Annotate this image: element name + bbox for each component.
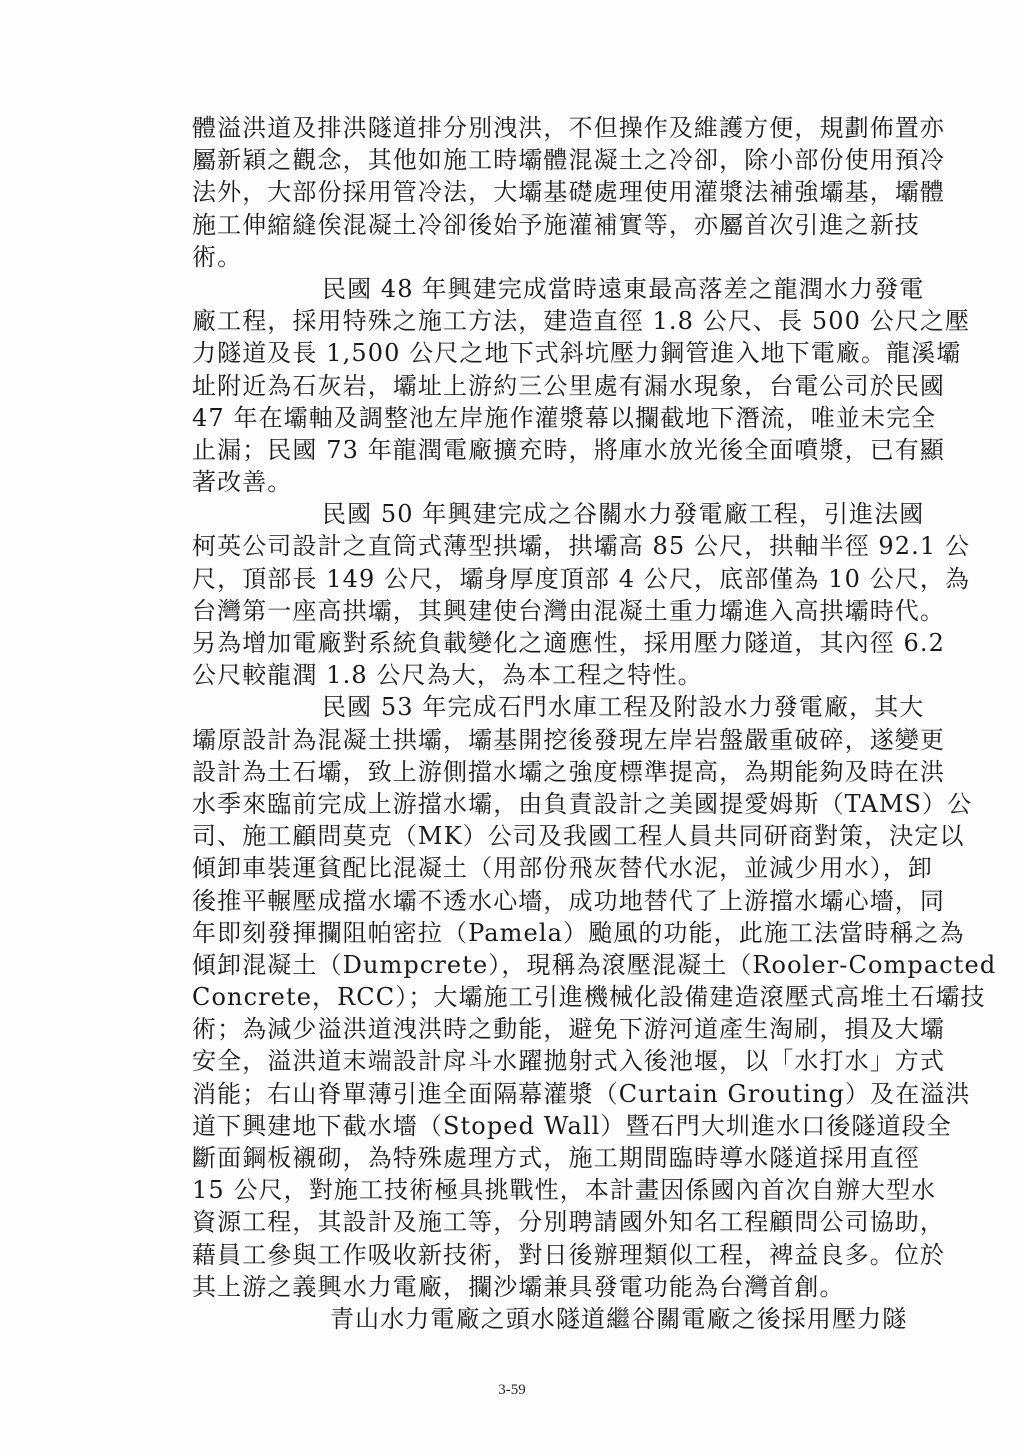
document-page: 體溢洪道及排洪隧道排分別洩洪，不但操作及維護方便，規劃佈置亦屬新穎之觀念，其他如… (0, 0, 1024, 1450)
text-line: 術。 (192, 241, 914, 273)
text-line: 民國 48 年興建完成當時遠東最高落差之龍潤水力發電 (192, 273, 914, 305)
text-line: Concrete，RCC）；大壩施工引進機械化設備建造滾壓式高堆土石壩技 (192, 981, 914, 1013)
text-line: 址附近為石灰岩，壩址上游約三公里處有漏水現象，台電公司於民國 (192, 370, 914, 402)
text-line: 力隧道及長 1,500 公尺之地下式斜坑壓力鋼管進入地下電廠。龍溪壩 (192, 337, 914, 369)
text-line: 傾卸車裝運貧配比混凝土（用部份飛灰替代水泥，並減少用水），卸 (192, 852, 914, 884)
text-line: 屬新穎之觀念，其他如施工時壩體混凝土之冷卻，除小部份使用預冷 (192, 144, 914, 176)
text-line: 法外，大部份採用管冷法，大壩基礎處理使用灌漿法補強壩基，壩體 (192, 176, 914, 208)
text-line: 資源工程，其設計及施工等，分別聘請國外知名工程顧問公司協助， (192, 1206, 914, 1238)
text-line: 壩原設計為混凝土拱壩，壩基開挖後發現左岸岩盤嚴重破碎，遂變更 (192, 724, 914, 756)
text-line: 道下興建地下截水墻（Stoped Wall）暨石門大圳進水口後隧道段全 (192, 1110, 914, 1142)
text-line: 公尺較龍潤 1.8 公尺為大，為本工程之特性。 (192, 659, 914, 691)
text-line: 柯英公司設計之直筒式薄型拱壩，拱壩高 85 公尺，拱軸半徑 92.1 公 (192, 530, 914, 562)
text-line: 廠工程，採用特殊之施工方法，建造直徑 1.8 公尺、長 500 公尺之壓 (192, 305, 914, 337)
text-line: 消能；右山脊單薄引進全面隔幕灌漿（Curtain Grouting）及在溢洪 (192, 1078, 914, 1110)
text-line: 47 年在壩軸及調整池左岸施作灌漿幕以攔截地下潛流，唯並未完全 (192, 402, 914, 434)
text-line: 體溢洪道及排洪隧道排分別洩洪，不但操作及維護方便，規劃佈置亦 (192, 112, 914, 144)
text-line: 另為增加電廠對系統負載變化之適應性，採用壓力隧道，其內徑 6.2 (192, 627, 914, 659)
text-line: 止漏；民國 73 年龍潤電廠擴充時，將庫水放光後全面噴漿，已有顯 (192, 434, 914, 466)
text-line: 15 公尺，對施工技術極具挑戰性，本計畫因係國內首次自辦大型水 (192, 1174, 914, 1206)
text-line: 尺，頂部長 149 公尺，壩身厚度頂部 4 公尺，底部僅為 10 公尺，為 (192, 563, 914, 595)
text-line: 斷面鋼板襯砌，為特殊處理方式，施工期間臨時導水隧道採用直徑 (192, 1142, 914, 1174)
text-line: 民國 50 年興建完成之谷關水力發電廠工程，引進法國 (192, 498, 914, 530)
text-line: 民國 53 年完成石門水庫工程及附設水力發電廠，其大 (192, 691, 914, 723)
text-line: 後推平輾壓成擋水壩不透水心墻，成功地替代了上游擋水壩心墻，同 (192, 885, 914, 917)
text-line: 司、施工顧問莫克（MK）公司及我國工程人員共同研商對策，決定以 (192, 820, 914, 852)
text-line: 水季來臨前完成上游擋水壩，由負責設計之美國提愛姆斯（TAMS）公 (192, 788, 914, 820)
text-line: 術；為減少溢洪道洩洪時之動能，避免下游河道產生淘刷，損及大壩 (192, 1013, 914, 1045)
page-number: 3-59 (0, 1382, 1024, 1399)
text-line: 著改善。 (192, 466, 914, 498)
text-line: 其上游之義興水力電廠，攔沙壩兼具發電功能為台灣首創。 (192, 1271, 914, 1303)
text-line: 安全，溢洪道末端設計戽斗水躍拋射式入後池堰，以「水打水」方式 (192, 1045, 914, 1077)
text-line: 年即刻發揮攔阻帕密拉（Pamela）颱風的功能，此施工法當時稱之為 (192, 917, 914, 949)
text-line: 傾卸混凝土（Dumpcrete），現稱為滾壓混凝土（Rooler-Compact… (192, 949, 914, 981)
body-text: 體溢洪道及排洪隧道排分別洩洪，不但操作及維護方便，規劃佈置亦屬新穎之觀念，其他如… (192, 112, 914, 1335)
text-line: 施工伸縮縫俟混凝土冷卻後始予施灌補實等，亦屬首次引進之新技 (192, 209, 914, 241)
text-line: 台灣第一座高拱壩，其興建使台灣由混凝土重力壩進入高拱壩時代。 (192, 595, 914, 627)
text-line: 設計為土石壩，致上游側擋水壩之強度標準提高，為期能夠及時在洪 (192, 756, 914, 788)
text-line: 青山水力電廠之頭水隧道繼谷關電廠之後採用壓力隧 (192, 1303, 914, 1335)
text-line: 藉員工參與工作吸收新技術，對日後辦理類似工程，裨益良多。位於 (192, 1239, 914, 1271)
